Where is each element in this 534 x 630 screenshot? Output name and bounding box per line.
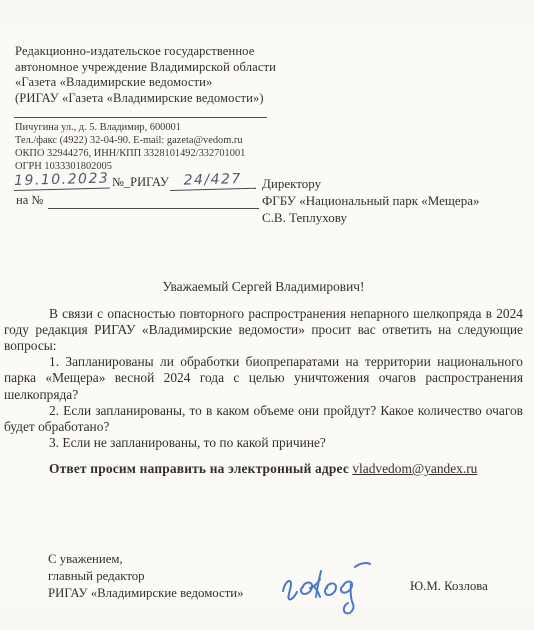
signer-name: Ю.М. Козлова <box>410 579 488 594</box>
reference-row-outgoing: 19.10.2023 №_РИГАУ 24/427 <box>14 170 259 191</box>
body-paragraph-intro: В связи с опасностью повторного распрост… <box>4 306 523 354</box>
org-line: Редакционно-издательское государственное <box>15 44 276 60</box>
recipient-line: ФГБУ «Национальный парк «Мещера» <box>262 192 479 209</box>
salutation: Уважаемый Сергей Владимирович! <box>4 279 523 295</box>
closing-line: С уважением, <box>48 551 244 568</box>
outgoing-number-label: №_РИГАУ <box>110 175 170 191</box>
recipient-line: С.В. Теплухову <box>262 209 479 226</box>
closing-line: РИГАУ «Владимирские ведомости» <box>48 585 244 602</box>
letter-body: Уважаемый Сергей Владимирович! В связи с… <box>4 279 523 477</box>
letterhead-org-block: Редакционно-издательское государственное… <box>15 44 276 106</box>
reference-block: 19.10.2023 №_РИГАУ 24/427 на № <box>14 170 259 209</box>
body-question-3: 3. Если не запланированы, то по какой пр… <box>4 435 523 451</box>
reply-request-line: Ответ просим направить на электронный ад… <box>4 461 523 477</box>
signature-scribble <box>276 555 374 619</box>
recipient-line: Директору <box>262 175 479 192</box>
contact-line: Тел./факс (4922) 32-04-90. E-mail: gazet… <box>15 134 245 147</box>
reply-email-address: vladvedom@yandex.ru <box>352 461 477 476</box>
org-line: (РИГАУ «Газета «Владимирские ведомости») <box>15 91 276 107</box>
recipient-block: Директору ФГБУ «Национальный парк «Мещер… <box>262 175 479 226</box>
contact-line: ОКПО 32944276, ИНН/КПП 3328101492/332701… <box>15 147 245 160</box>
incoming-number-label: на № <box>14 193 44 209</box>
closing-line: главный редактор <box>48 568 244 585</box>
body-question-1: 1. Запланированы ли обработки биопрепара… <box>4 354 523 402</box>
outgoing-number-handwritten: 24/427 <box>169 171 255 191</box>
reply-request-bold-text: Ответ просим направить на электронный ад… <box>49 461 349 476</box>
letterhead-divider <box>14 117 267 118</box>
contact-line: Пичугина ул., д. 5. Владимир, 600001 <box>15 121 245 134</box>
org-line: «Газета «Владимирские ведомости» <box>15 75 276 91</box>
reference-row-incoming: на № <box>14 193 259 209</box>
closing-block: С уважением, главный редактор РИГАУ «Вла… <box>48 551 244 601</box>
scanned-letter-page: Редакционно-издательское государственное… <box>0 0 534 630</box>
org-line: автономное учреждение Владимирской облас… <box>15 60 276 76</box>
outgoing-date-handwritten: 19.10.2023 <box>14 170 110 191</box>
letterhead-contact-block: Пичугина ул., д. 5. Владимир, 600001 Тел… <box>15 121 245 173</box>
body-question-2: 2. Если запланированы, то в каком объеме… <box>4 403 523 435</box>
incoming-number-blank-line <box>48 195 259 209</box>
